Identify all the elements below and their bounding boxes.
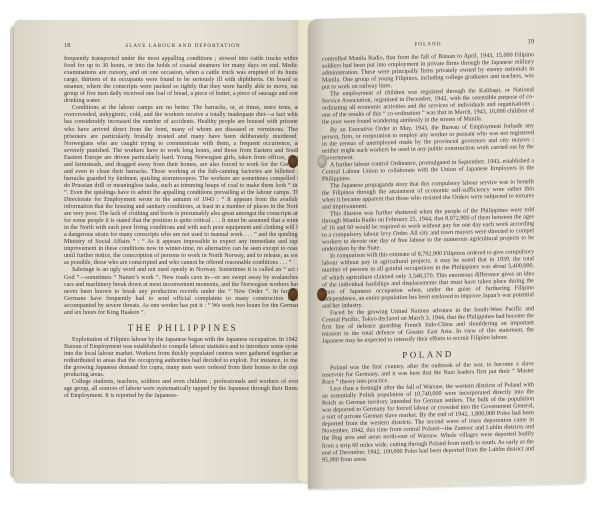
open-book-spread: 18 SLAVE LABOUR AND DEPORTATION 00 frequ… [0, 0, 600, 513]
right-running-head: 00 POLAND 19 [322, 38, 534, 50]
binding-hole-icon [317, 288, 327, 301]
paragraph: Exploitation of Filipino labour by the J… [64, 337, 302, 379]
paragraph: By an Executive Order in May, 1943, the … [322, 123, 534, 163]
right-page: 00 POLAND 19 controlled Manila Radio, th… [308, 13, 586, 489]
running-head-title-left: SLAVE LABOUR AND DEPORTATION [71, 43, 296, 50]
paragraph: Conditions at the labour camps are no be… [64, 105, 302, 267]
binding-hole-icon [288, 288, 298, 301]
paragraph: Faced by the growing United Nations adva… [322, 306, 534, 346]
binding-hole-icon [288, 155, 298, 168]
paragraph: The employment of children was regulated… [322, 87, 534, 127]
paragraph: controlled Manila Radio, that from the f… [322, 52, 534, 92]
running-head-title-right: POLAND [329, 39, 528, 50]
section-heading-poland: POLAND [322, 349, 534, 360]
page-number-right: 19 [528, 38, 535, 45]
paragraph: The Japanese propaganda story that this … [322, 179, 534, 212]
left-page: 18 SLAVE LABOUR AND DEPORTATION 00 frequ… [14, 20, 312, 482]
binding-hole-icon [317, 155, 327, 168]
paragraph: In comparison with this estimate of 8,79… [322, 250, 534, 311]
paragraph: Less than a fortnight after the fall of … [322, 382, 534, 464]
left-running-head: 18 SLAVE LABOUR AND DEPORTATION 00 [64, 42, 302, 50]
paragraph: College students, teachers, soldiers and… [64, 379, 302, 400]
section-heading-philippines: THE PHILIPPINES [64, 325, 302, 332]
paragraph: This illusion was further shattered when… [322, 207, 534, 254]
paragraph: frequently transported under the most ap… [64, 56, 302, 105]
paragraph: Sabotage is an ugly word and not used op… [64, 267, 302, 316]
